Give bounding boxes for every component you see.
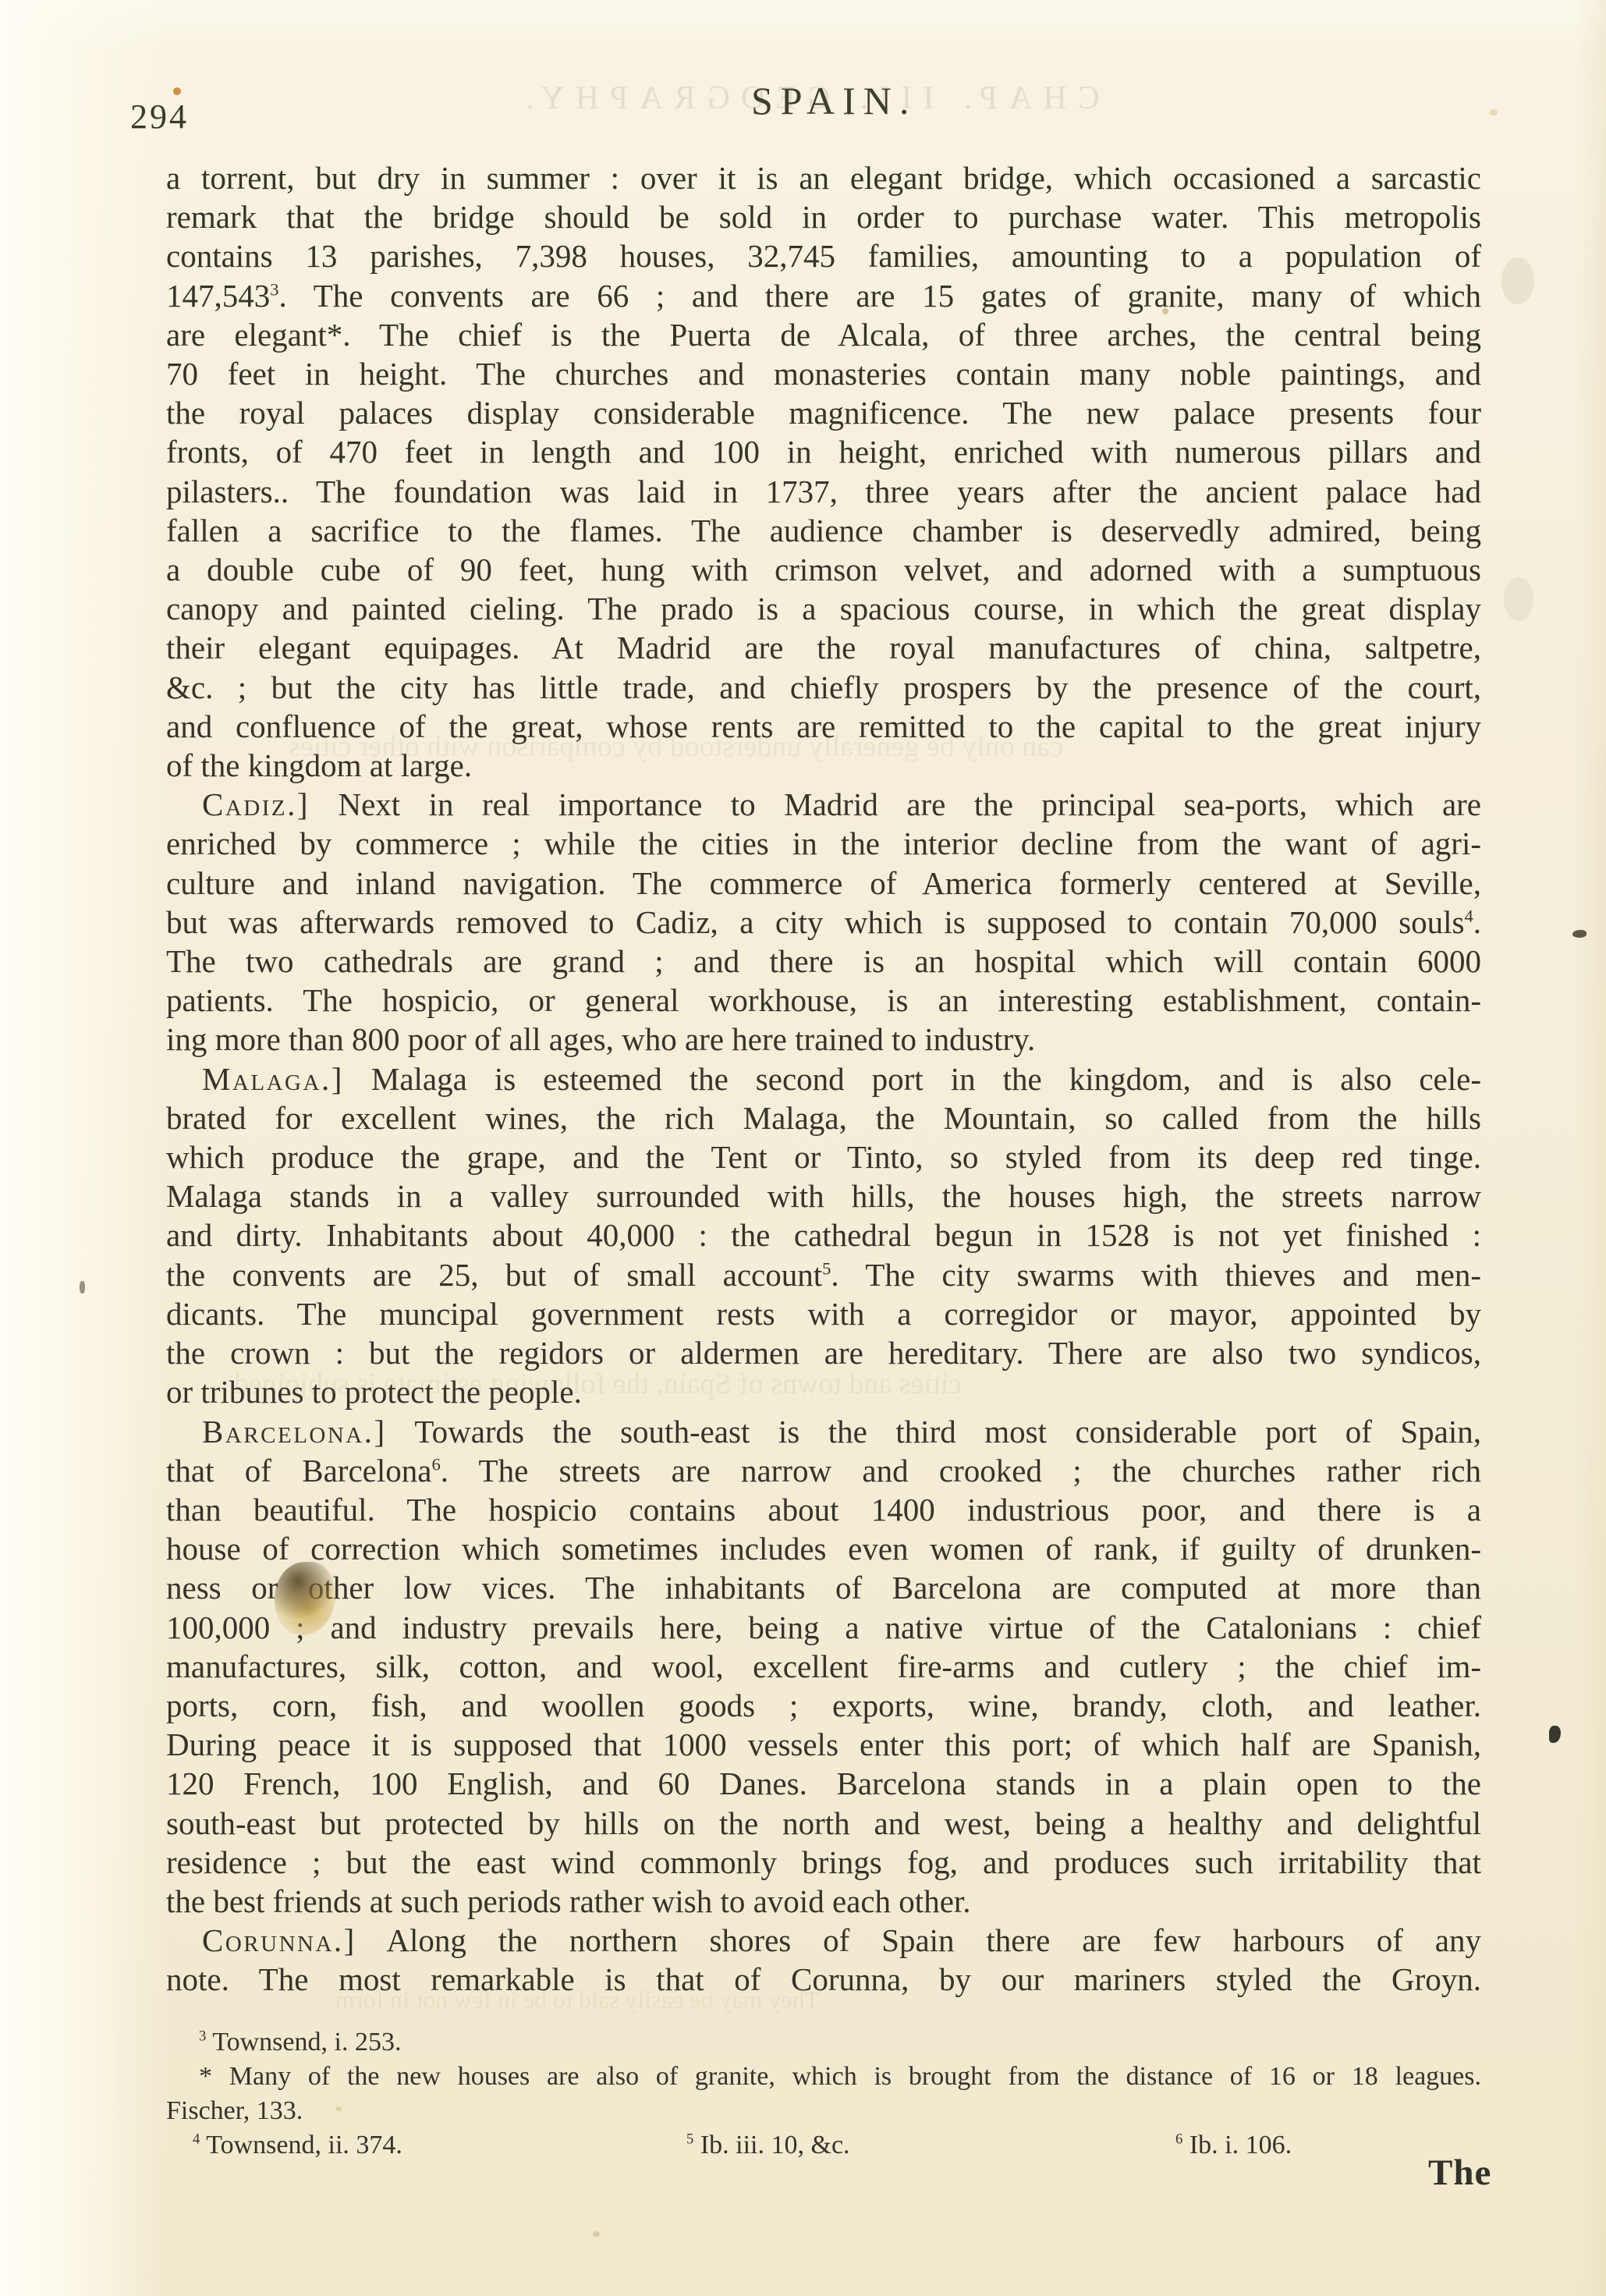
body-line: and dirty. Inhabitants about 40,000 : th… <box>166 1215 1481 1254</box>
footnote-item: 6 Ib. i. 106. <box>1175 2128 1292 2163</box>
body-line: culture and inland navigation. The comme… <box>166 864 1481 903</box>
running-head-title: SPAIN. <box>751 78 916 123</box>
body-line: The two cathedrals are grand ; and there… <box>166 942 1481 981</box>
body-line: During peace it is supposed that 1000 ve… <box>166 1725 1481 1764</box>
body-line: the royal palaces display considerable m… <box>166 393 1481 432</box>
paper-speck <box>1572 930 1587 938</box>
page-top-light-band <box>0 0 1606 55</box>
page-number: 294 <box>130 97 189 137</box>
body-line: a torrent, but dry in summer : over it i… <box>166 158 1481 197</box>
body-line: which produce the grape, and the Tent or… <box>166 1137 1481 1176</box>
paper-speck <box>1549 1726 1561 1743</box>
body-line: note. The most remarkable is that of Cor… <box>166 1960 1481 1999</box>
body-line: contains 13 parishes, 7,398 houses, 32,7… <box>166 236 1481 275</box>
body-line: 100,000 ; and industry prevails here, be… <box>166 1608 1481 1647</box>
footnote-row: 4 Townsend, ii. 374.5 Ib. iii. 10, &c.6 … <box>166 2128 1481 2163</box>
body-line: 147,5433. The convents are 66 ; and ther… <box>166 276 1481 315</box>
body-line: but was afterwards removed to Cadiz, a c… <box>166 903 1481 942</box>
page-right-shade <box>1575 0 1606 2296</box>
body-line: dicants. The muncipal government rests w… <box>166 1294 1481 1333</box>
body-line: house of correction which sometimes incl… <box>166 1529 1481 1568</box>
body-line: a double cube of 90 feet, hung with crim… <box>166 550 1481 589</box>
body-text: a torrent, but dry in summer : over it i… <box>166 158 1481 2000</box>
paper-speck <box>1490 109 1498 115</box>
body-line: than beautiful. The hospicio contains ab… <box>166 1490 1481 1529</box>
footnotes: 3 Townsend, i. 253.* Many of the new hou… <box>166 2025 1481 2163</box>
book-page: CHAP. III. GEOGRAPHY. 294 SPAIN. a torre… <box>0 0 1606 2296</box>
body-line: Barcelona.] Towards the south-east is th… <box>166 1412 1481 1451</box>
body-line: ing more than 800 poor of all ages, who … <box>166 1020 1481 1059</box>
footnote-line: * Many of the new houses are also of gra… <box>166 2060 1481 2094</box>
body-line: the convents are 25, but of small accoun… <box>166 1255 1481 1294</box>
paper-speck <box>1501 257 1534 304</box>
body-line: fallen a sacrifice to the flames. The au… <box>166 511 1481 550</box>
paragraph-lead: Corunna.] <box>202 1922 356 1958</box>
paper-speck <box>173 87 181 95</box>
body-line: ness or other low vices. The inhabitants… <box>166 1568 1481 1607</box>
paragraph-lead: Malaga.] <box>202 1061 344 1097</box>
footnote-item: 5 Ib. iii. 10, &c. <box>686 2128 850 2163</box>
body-line: brated for excellent wines, the rich Mal… <box>166 1098 1481 1137</box>
paper-speck <box>1504 577 1533 621</box>
body-line: remark that the bridge should be sold in… <box>166 197 1481 236</box>
body-line: Cadiz.] Next in real importance to Madri… <box>166 785 1481 824</box>
body-line: 70 feet in height. The churches and mona… <box>166 354 1481 393</box>
body-line: the crown : but the regidors or aldermen… <box>166 1333 1481 1372</box>
body-line: 120 French, 100 English, and 60 Danes. B… <box>166 1764 1481 1803</box>
body-line: &c. ; but the city has little trade, and… <box>166 668 1481 707</box>
body-line: their elegant equipages. At Madrid are t… <box>166 628 1481 667</box>
body-line: Malaga stands in a valley surrounded wit… <box>166 1176 1481 1215</box>
body-line: south-east but protected by hills on the… <box>166 1804 1481 1843</box>
footnote-line: 3 Townsend, i. 253. <box>166 2025 1481 2060</box>
catchword: The <box>1428 2152 1491 2194</box>
body-line: that of Barcelona6. The streets are narr… <box>166 1451 1481 1490</box>
body-line: are elegant*. The chief is the Puerta de… <box>166 315 1481 354</box>
footnote-item: 4 Townsend, ii. 374. <box>193 2128 402 2163</box>
paper-speck <box>80 1281 85 1293</box>
paper-speck <box>593 2231 600 2237</box>
body-line: the best friends at such periods rather … <box>166 1882 1481 1921</box>
body-line: Malaga.] Malaga is esteemed the second p… <box>166 1059 1481 1098</box>
page-edge-light-band <box>0 0 168 2296</box>
body-line: of the kingdom at large. <box>166 746 1481 785</box>
body-line: enriched by commerce ; while the cities … <box>166 824 1481 863</box>
body-line: manufactures, silk, cotton, and wool, ex… <box>166 1647 1481 1686</box>
body-line: or tribunes to protect the people. <box>166 1372 1481 1411</box>
body-line: patients. The hospicio, or general workh… <box>166 981 1481 1020</box>
body-line: and confluence of the great, whose rents… <box>166 707 1481 746</box>
body-line: fronts, of 470 feet in length and 100 in… <box>166 432 1481 471</box>
body-line: residence ; but the east wind commonly b… <box>166 1843 1481 1882</box>
body-line: ports, corn, fish, and woollen goods ; e… <box>166 1686 1481 1725</box>
body-line: pilasters.. The foundation was laid in 1… <box>166 472 1481 511</box>
body-line: Corunna.] Along the northern shores of S… <box>166 1921 1481 1960</box>
paragraph-lead: Barcelona.] <box>202 1414 387 1450</box>
body-line: canopy and painted cieling. The prado is… <box>166 589 1481 628</box>
paragraph-lead: Cadiz.] <box>202 786 310 822</box>
footnote-line: Fischer, 133. <box>166 2094 1481 2128</box>
